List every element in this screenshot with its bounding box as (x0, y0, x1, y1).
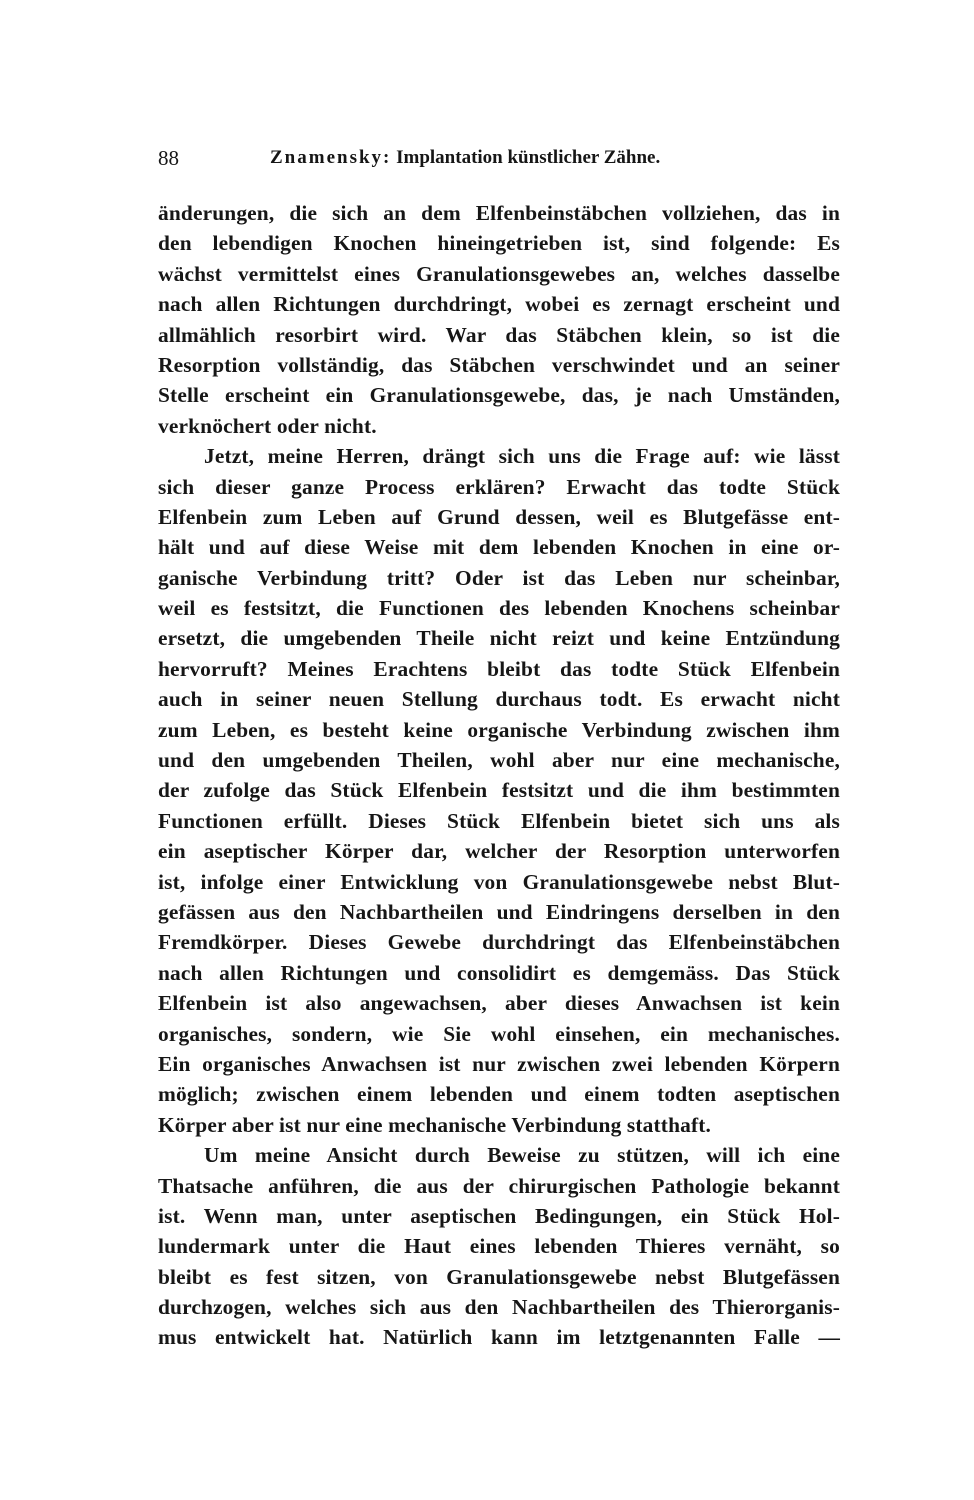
text-line: den lebendigen Knochen hineingetrieben i… (158, 228, 840, 258)
text-line: der zufolge das Stück Elfenbein festsitz… (158, 775, 840, 805)
text-line: organisches, sondern, wie Sie wohl einse… (158, 1019, 840, 1049)
book-page: 88 Znamensky: Implantation künstlicher Z… (158, 142, 840, 1353)
text-line: hervorruft? Meines Erachtens bleibt das … (158, 654, 840, 684)
text-line: allmählich resorbirt wird. War das Stäbc… (158, 320, 840, 350)
text-line: nach allen Richtungen durchdringt, wobei… (158, 289, 840, 319)
text-line: Jetzt, meine Herren, drängt sich uns die… (158, 441, 840, 471)
text-line: lundermark unter die Haut eines lebenden… (158, 1231, 840, 1261)
body-text: änderungen, die sich an dem Elfenbeinstä… (158, 198, 840, 1353)
text-line: sich dieser ganze Process erklären? Erwa… (158, 472, 840, 502)
running-title: Znamensky: Implantation künstlicher Zähn… (270, 142, 660, 174)
text-line: wächst vermittelst eines Granulationsgew… (158, 259, 840, 289)
text-line: und den umgebenden Theilen, wohl aber nu… (158, 745, 840, 775)
text-line: ist, infolge einer Entwicklung von Granu… (158, 867, 840, 897)
text-line: auch in seiner neuen Stellung durchaus t… (158, 684, 840, 714)
text-line: weil es festsitzt, die Functionen des le… (158, 593, 840, 623)
text-line: ersetzt, die umgebenden Theile nicht rei… (158, 623, 840, 653)
text-line: hält und auf diese Weise mit dem lebende… (158, 532, 840, 562)
paragraph-1: änderungen, die sich an dem Elfenbeinstä… (158, 198, 840, 441)
text-line: Um meine Ansicht durch Beweise zu stütze… (158, 1140, 840, 1170)
text-line: ganische Verbindung tritt? Oder ist das … (158, 563, 840, 593)
text-line: Körper aber ist nur eine mechanische Ver… (158, 1110, 840, 1140)
text-line: Elfenbein ist also angewachsen, aber die… (158, 988, 840, 1018)
text-line: möglich; zwischen einem lebenden und ein… (158, 1079, 840, 1109)
text-line: Stelle erscheint ein Granulationsgewebe,… (158, 380, 840, 410)
text-line: ist. Wenn man, unter aseptischen Bedingu… (158, 1201, 840, 1231)
text-line: Elfenbein zum Leben auf Grund dessen, we… (158, 502, 840, 532)
text-line: Resorption vollständig, das Stäbchen ver… (158, 350, 840, 380)
text-line: bleibt es fest sitzen, von Granulationsg… (158, 1262, 840, 1292)
text-line: Ein organisches Anwachsen ist nur zwisch… (158, 1049, 840, 1079)
paragraph-2: Jetzt, meine Herren, drängt sich uns die… (158, 441, 840, 1140)
running-head: 88 Znamensky: Implantation künstlicher Z… (158, 142, 840, 174)
text-line: verknöchert oder nicht. (158, 411, 840, 441)
text-line: Functionen erfüllt. Dieses Stück Elfenbe… (158, 806, 840, 836)
page-number: 88 (158, 142, 179, 174)
text-line: gefässen aus den Nachbartheilen und Eind… (158, 897, 840, 927)
text-line: mus entwickelt hat. Natürlich kann im le… (158, 1322, 840, 1352)
paragraph-3: Um meine Ansicht durch Beweise zu stütze… (158, 1140, 840, 1353)
text-line: ein aseptischer Körper dar, welcher der … (158, 836, 840, 866)
text-line: Fremdkörper. Dieses Gewebe durchdringt d… (158, 927, 840, 957)
text-line: zum Leben, es besteht keine organische V… (158, 715, 840, 745)
work-title: Implantation künstlicher Zähne. (396, 147, 660, 168)
author-name: Znamensky: (270, 147, 391, 168)
text-line: Thatsache anführen, die aus der chirurgi… (158, 1171, 840, 1201)
text-line: nach allen Richtungen und consolidirt es… (158, 958, 840, 988)
text-line: änderungen, die sich an dem Elfenbeinstä… (158, 198, 840, 228)
text-line: durchzogen, welches sich aus den Nachbar… (158, 1292, 840, 1322)
